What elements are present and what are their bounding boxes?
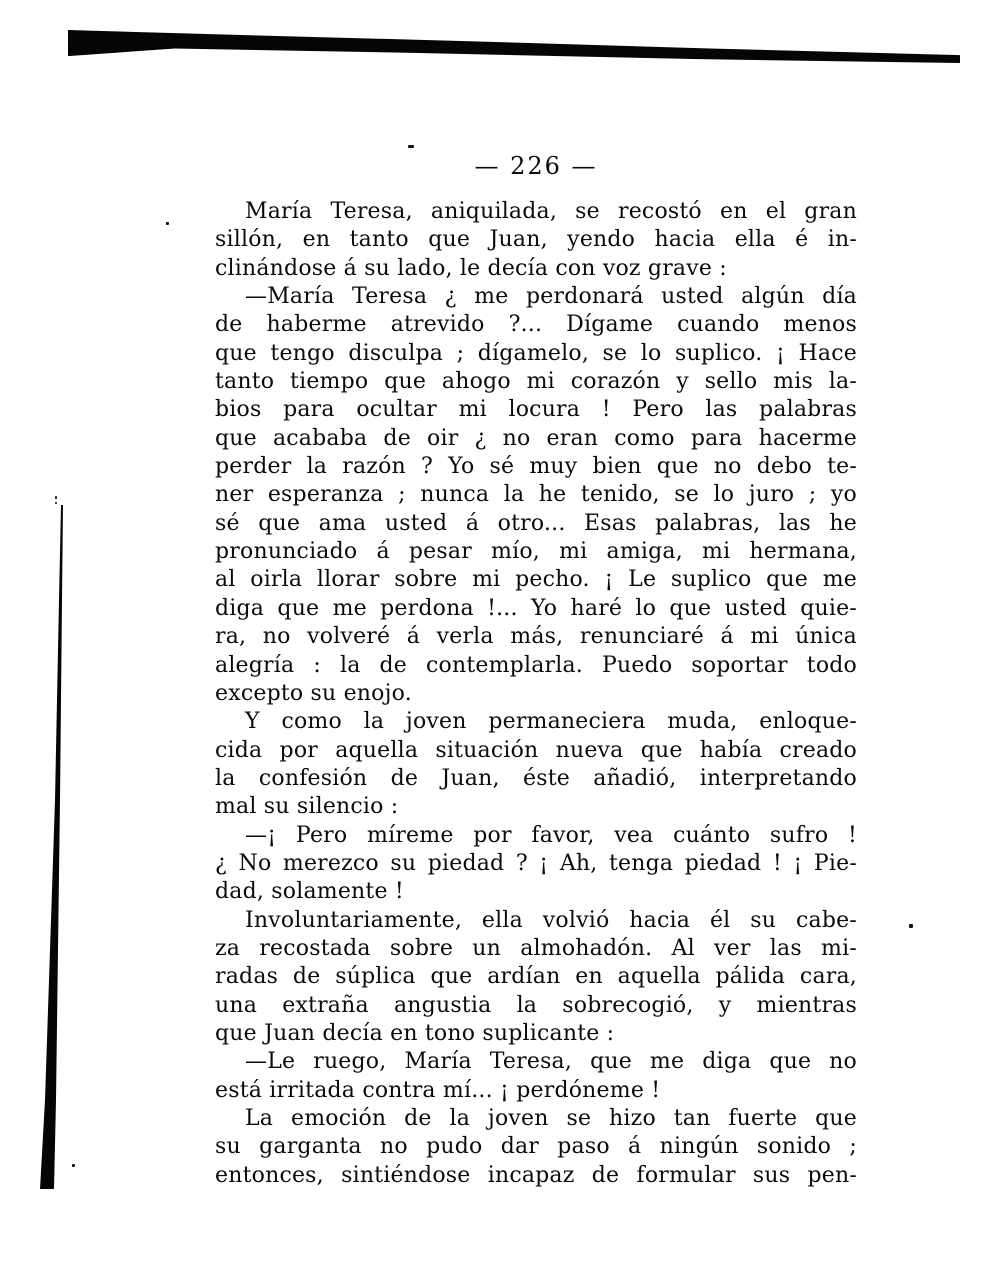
text-line: bios para ocultar mi locura ! Pero las p… — [215, 396, 857, 424]
text-line: la confesión de Juan, éste añadió, inter… — [215, 765, 857, 793]
scan-speck — [55, 502, 57, 504]
text-line: entonces, sintiéndose incapaz de formula… — [215, 1162, 857, 1190]
text-line: za recostada sobre un almohadón. Al ver … — [215, 935, 857, 963]
text-line: María Teresa, aniquilada, se recostó en … — [215, 198, 857, 226]
page-number: — 226 — — [215, 152, 857, 180]
text-line: —María Teresa ¿ me perdonará usted algún… — [215, 283, 857, 311]
text-line: —¡ Pero míreme por favor, vea cuánto suf… — [215, 822, 857, 850]
scan-speck — [909, 924, 913, 928]
text-line: Involuntariamente, ella volvió hacia él … — [215, 907, 857, 935]
scan-speck — [55, 496, 57, 499]
text-line: ner esperanza ; nunca la he tenido, se l… — [215, 481, 857, 509]
scan-speck — [408, 145, 414, 148]
scan-speck — [166, 222, 169, 225]
text-line: tanto tiempo que ahogo mi corazón y sell… — [215, 368, 857, 396]
text-line: sé que ama usted á otro... Esas palabras… — [215, 510, 857, 538]
text-line: —Le ruego, María Teresa, que me diga que… — [215, 1048, 857, 1076]
text-line: que tengo disculpa ; dígamelo, se lo sup… — [215, 340, 857, 368]
text-line: que acababa de oir ¿ no eran como para h… — [215, 425, 857, 453]
text-line: excepto su enojo. — [215, 680, 857, 708]
text-line: de haberme atrevido ?... Dígame cuando m… — [215, 311, 857, 339]
text-line: alegría : la de contemplarla. Puedo sopo… — [215, 652, 857, 680]
text-line: está irritada contra mí... ¡ perdóneme ! — [215, 1077, 857, 1105]
text-line: una extraña angustia la sobrecogió, y mi… — [215, 992, 857, 1020]
text-line: La emoción de la joven se hizo tan fuert… — [215, 1105, 857, 1133]
text-line: dad, solamente ! — [215, 878, 857, 906]
text-line: al oirla llorar sobre mi pecho. ¡ Le sup… — [215, 566, 857, 594]
text-line: ¿ No merezco su piedad ? ¡ Ah, tenga pie… — [215, 850, 857, 878]
text-line: pronunciado á pesar mío, mi amiga, mi he… — [215, 538, 857, 566]
scan-artifact-gutter-bar — [40, 505, 64, 1189]
text-line: radas de súplica que ardían en aquella p… — [215, 963, 857, 991]
text-line: mal su silencio : — [215, 793, 857, 821]
text-line: clinándose á su lado, le decía con voz g… — [215, 255, 857, 283]
scanned-book-page: — 226 — María Teresa, aniquilada, se rec… — [0, 0, 1000, 1272]
text-line: que Juan decía en tono suplicante : — [215, 1020, 857, 1048]
text-block: María Teresa, aniquilada, se recostó en … — [215, 198, 857, 1190]
scan-speck — [72, 1164, 75, 1167]
text-line: sillón, en tanto que Juan, yendo hacia e… — [215, 226, 857, 254]
text-line: cida por aquella situación nueva que hab… — [215, 737, 857, 765]
text-line: ra, no volveré á verla más, renunciaré á… — [215, 623, 857, 651]
scan-artifact-top-band — [68, 30, 960, 63]
text-line: perder la razón ? Yo sé muy bien que no … — [215, 453, 857, 481]
text-line: diga que me perdona !... Yo haré lo que … — [215, 595, 857, 623]
text-line: Y como la joven permaneciera muda, enloq… — [215, 708, 857, 736]
text-line: su garganta no pudo dar paso á ningún so… — [215, 1133, 857, 1161]
